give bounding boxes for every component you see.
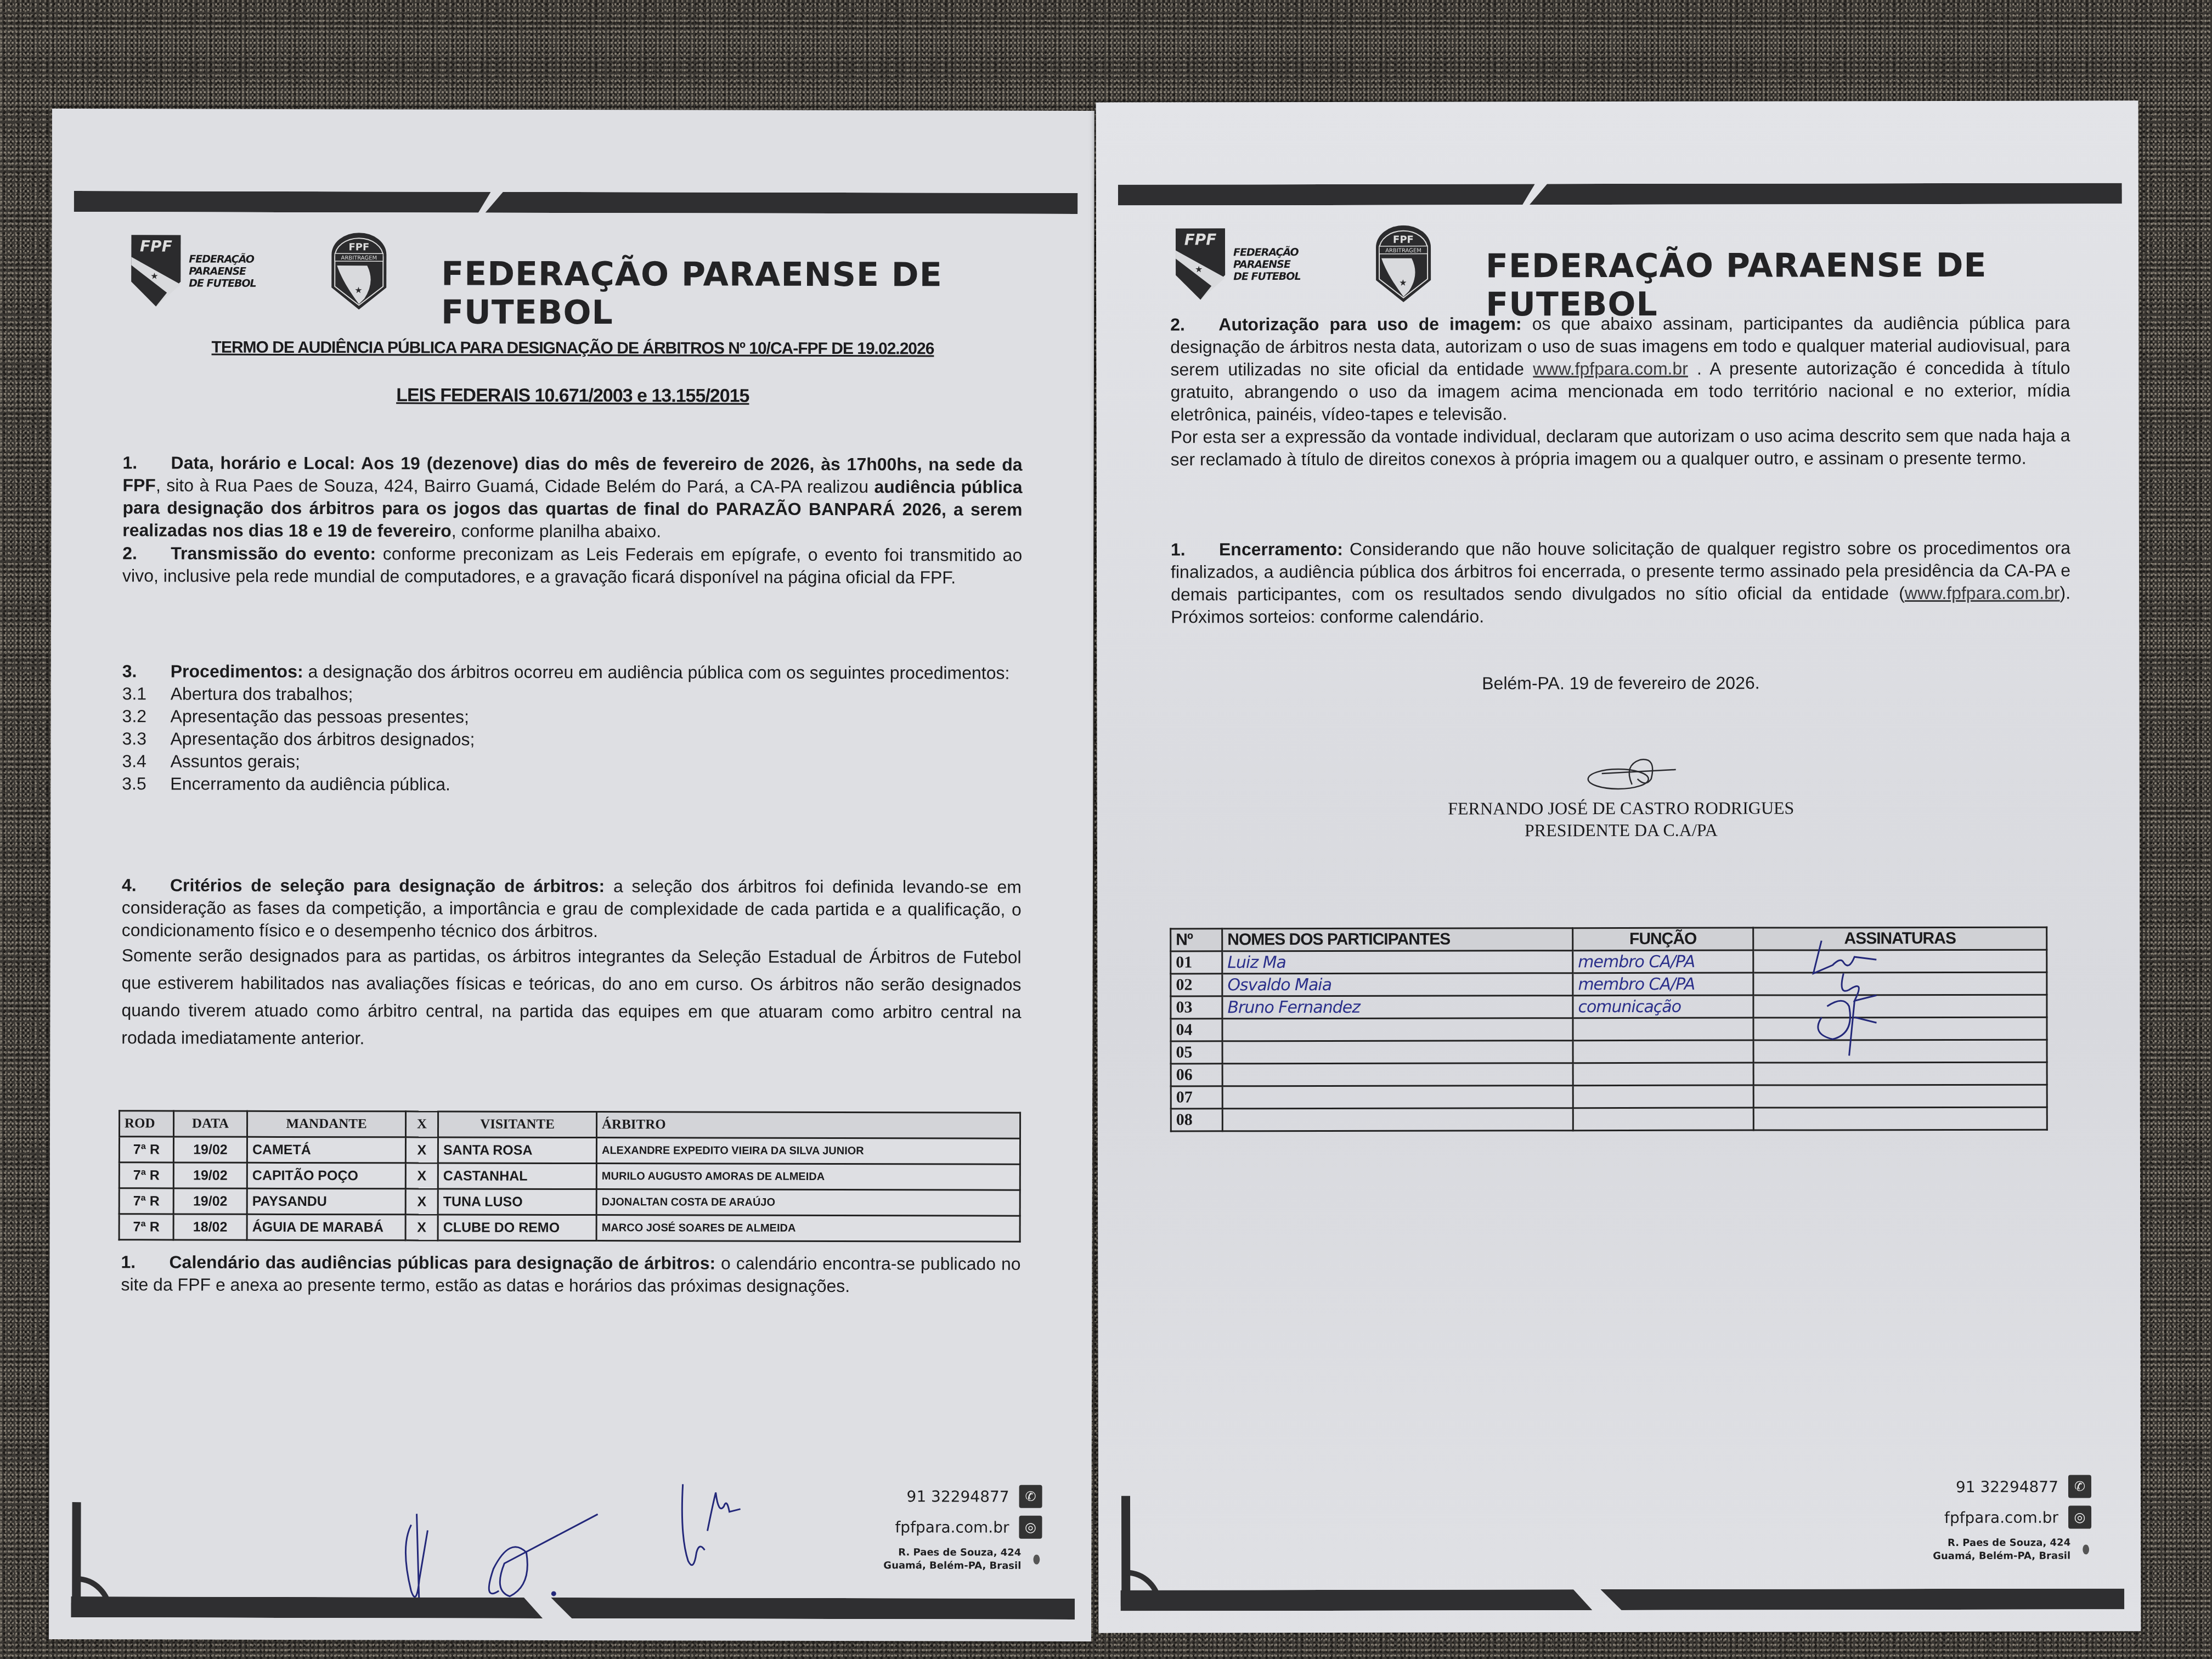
document-page-1: FPF ★ FEDERAÇÃO PARAENSE DE FUTEBOL FPF … bbox=[49, 109, 1094, 1641]
map-pin-icon: ⬮ bbox=[1031, 1552, 1042, 1567]
cell-funcao[interactable]: comunicação bbox=[1573, 995, 1753, 1018]
cell-rod: 7ª R bbox=[119, 1163, 173, 1188]
svg-text:★: ★ bbox=[1195, 265, 1203, 274]
fpf-logo-wordmark: FEDERAÇÃO PARAENSE DE FUTEBOL bbox=[1233, 246, 1301, 283]
cell-assinatura[interactable] bbox=[1753, 1085, 2047, 1108]
procedure-item: 3.3Apresentação dos árbitros designados; bbox=[122, 727, 1022, 752]
cell-visitante: SANTA ROSA bbox=[438, 1137, 596, 1164]
federation-name: FEDERAÇÃO PARAENSE DE FUTEBOL bbox=[441, 255, 1061, 332]
address: R. Paes de Souza, 424Guamá, Belém-PA, Br… bbox=[1933, 1537, 2070, 1563]
svg-text:★: ★ bbox=[354, 286, 362, 295]
procedure-item: 3.1Abertura dos trabalhos; bbox=[122, 682, 1022, 707]
procedure-item: 3.5Encerramento da audiência pública. bbox=[122, 772, 1022, 797]
cell-rod: 7ª R bbox=[119, 1137, 173, 1163]
cell-name[interactable] bbox=[1222, 1108, 1573, 1131]
signatory-block: FERNANDO JOSÉ DE CASTRO RODRIGUES PRESID… bbox=[1171, 797, 2071, 842]
cell-funcao[interactable]: membro CA/PA bbox=[1573, 950, 1753, 973]
cell-funcao[interactable] bbox=[1573, 1018, 1753, 1041]
cell-x: X bbox=[405, 1137, 438, 1163]
table-row: 7ª R19/02CAMETÁXSANTA ROSAALEXANDRE EXPE… bbox=[119, 1137, 1020, 1164]
cell-data: 19/02 bbox=[173, 1163, 247, 1188]
footer-bar bbox=[71, 1596, 1075, 1620]
fpf-logo-wordmark: FEDERAÇÃO PARAENSE DE FUTEBOL bbox=[189, 253, 256, 290]
document-title: TERMO DE AUDIÊNCIA PÚBLICA PARA DESIGNAÇ… bbox=[52, 338, 1094, 359]
section-closing: 1.Encerramento: Considerando que não hou… bbox=[1171, 537, 2070, 629]
cell-visitante: CLUBE DO REMO bbox=[438, 1215, 596, 1241]
cell-arbitro: ALEXANDRE EXPEDITO VIEIRA DA SILVA JUNIO… bbox=[596, 1138, 1020, 1165]
cell-arbitro: MURILO AUGUSTO AMORAS DE ALMEIDA bbox=[596, 1164, 1020, 1190]
svg-text:FPF: FPF bbox=[1393, 234, 1414, 246]
table-row: 7ª R18/02ÁGUIA DE MARABÁXCLUBE DO REMOMA… bbox=[119, 1214, 1020, 1242]
website-link[interactable]: www.fpfpara.com.br bbox=[1533, 359, 1688, 379]
fpf-arbitragem-badge-icon: FPF ARBITRAGEM ★ bbox=[1370, 225, 1436, 305]
svg-text:FPF: FPF bbox=[348, 241, 369, 253]
cell-no: 05 bbox=[1171, 1041, 1222, 1064]
cell-no: 07 bbox=[1171, 1086, 1222, 1109]
cell-name[interactable] bbox=[1222, 1041, 1573, 1064]
handwritten-signatures bbox=[389, 1481, 883, 1613]
participant-signatures bbox=[1799, 940, 1942, 1061]
svg-text:ARBITRAGEM: ARBITRAGEM bbox=[1385, 248, 1421, 254]
section-image-authorization: 2.Autorização para uso de imagem: os que… bbox=[1170, 312, 2070, 471]
cell-no: 04 bbox=[1171, 1019, 1222, 1041]
cell-arbitro: DJONALTAN COSTA DE ARAÚJO bbox=[596, 1189, 1020, 1216]
table-row: 08 bbox=[1171, 1107, 2047, 1131]
section-calendar: 1.Calendário das audiências públicas par… bbox=[121, 1251, 1020, 1297]
svg-text:ARBITRAGEM: ARBITRAGEM bbox=[341, 255, 377, 261]
referee-assignment-table: ROD DATA MANDANTE X VISITANTE ÁRBITRO 7ª… bbox=[119, 1110, 1021, 1242]
cell-name[interactable] bbox=[1222, 1086, 1573, 1109]
cell-rod: 7ª R bbox=[119, 1188, 173, 1214]
table-row: 7ª R19/02PAYSANDUXTUNA LUSODJONALTAN COS… bbox=[119, 1188, 1020, 1216]
cell-mandante: PAYSANDU bbox=[247, 1188, 405, 1215]
section-4-selection-criteria: 4.Critérios de seleção para designação d… bbox=[121, 874, 1022, 1053]
svg-text:★: ★ bbox=[150, 272, 158, 281]
procedure-item: 3.4Assuntos gerais; bbox=[122, 750, 1022, 774]
header-bar bbox=[1118, 183, 2122, 205]
cell-data: 18/02 bbox=[173, 1214, 247, 1240]
section-3-procedures: 3.Procedimentos: a designação dos árbitr… bbox=[122, 660, 1022, 797]
cell-assinatura[interactable] bbox=[1753, 1062, 2047, 1085]
cell-visitante: TUNA LUSO bbox=[438, 1189, 596, 1215]
president-signature bbox=[1580, 754, 1690, 793]
cell-rod: 7ª R bbox=[119, 1214, 173, 1240]
table-row: 7ª R19/02CAPITÃO POÇOXCASTANHALMURILO AU… bbox=[119, 1163, 1020, 1190]
document-subtitle: LEIS FEDERAIS 10.671/2003 e 13.155/2015 bbox=[52, 384, 1094, 408]
fpf-shield-logo-icon: FPF ★ bbox=[1173, 225, 1228, 302]
cell-no: 08 bbox=[1171, 1109, 1222, 1131]
cell-data: 19/02 bbox=[173, 1188, 247, 1214]
fpf-shield-logo-icon: FPF ★ bbox=[128, 232, 183, 309]
cell-visitante: CASTANHAL bbox=[438, 1163, 596, 1189]
svg-text:★: ★ bbox=[1399, 279, 1407, 288]
website-link[interactable]: fpfpara.com.br bbox=[895, 1518, 1009, 1536]
cell-name[interactable]: Bruno Fernandez bbox=[1222, 996, 1573, 1019]
phone-number: 91 32294877 bbox=[1956, 1477, 2058, 1496]
document-page-2: FPF ★ FEDERAÇÃO PARAENSE DE FUTEBOL FPF … bbox=[1096, 100, 2141, 1633]
footer-bar bbox=[1120, 1588, 2124, 1611]
section-1-date-location: 1.Data, horário e Local: Aos 19 (dezenov… bbox=[122, 452, 1022, 543]
footer-contact: 91 32294877✆ fpfpara.com.br◎ R. Paes de … bbox=[883, 1485, 1042, 1581]
map-pin-icon: ⬮ bbox=[2080, 1542, 2091, 1557]
footer-contact: 91 32294877✆ fpfpara.com.br◎ R. Paes de … bbox=[1933, 1475, 2091, 1571]
cell-no: 02 bbox=[1171, 974, 1222, 996]
section-2-transmission: 2.Transmissão do evento: conforme precon… bbox=[122, 542, 1022, 589]
cell-name[interactable] bbox=[1222, 1063, 1573, 1086]
signatory-role: PRESIDENTE DA C.A/PA bbox=[1171, 819, 2071, 842]
cell-name[interactable]: Luiz Ma bbox=[1222, 951, 1573, 974]
cell-mandante: CAMETÁ bbox=[247, 1137, 405, 1163]
cell-assinatura[interactable] bbox=[1753, 1107, 2047, 1130]
cell-arbitro: MARCO JOSÉ SOARES DE ALMEIDA bbox=[596, 1215, 1020, 1242]
place-and-date: Belém-PA. 19 de fevereiro de 2026. bbox=[1171, 672, 2070, 696]
cell-mandante: ÁGUIA DE MARABÁ bbox=[247, 1214, 405, 1240]
website-link[interactable]: www.fpfpara.com.br bbox=[1905, 583, 2060, 603]
cell-no: 06 bbox=[1171, 1064, 1222, 1086]
cell-x: X bbox=[405, 1215, 438, 1240]
cell-name[interactable] bbox=[1222, 1018, 1573, 1041]
svg-text:FPF: FPF bbox=[140, 237, 172, 255]
cell-funcao[interactable]: membro CA/PA bbox=[1573, 973, 1753, 996]
fpf-arbitragem-badge-icon: FPF ARBITRAGEM ★ bbox=[326, 233, 392, 312]
cell-x: X bbox=[405, 1163, 438, 1189]
cell-funcao[interactable] bbox=[1573, 1108, 1753, 1131]
globe-icon: ◎ bbox=[2068, 1505, 2091, 1528]
website-link[interactable]: fpfpara.com.br bbox=[1944, 1508, 2058, 1526]
signatory-name: FERNANDO JOSÉ DE CASTRO RODRIGUES bbox=[1171, 797, 2071, 820]
cell-data: 19/02 bbox=[173, 1137, 247, 1163]
table-header-row: ROD DATA MANDANTE X VISITANTE ÁRBITRO bbox=[119, 1111, 1020, 1138]
cell-funcao[interactable] bbox=[1573, 1085, 1753, 1108]
cell-x: X bbox=[405, 1189, 438, 1215]
cell-funcao[interactable] bbox=[1573, 1063, 1753, 1086]
table-row: 07 bbox=[1171, 1085, 2047, 1109]
procedure-item: 3.2Apresentação das pessoas presentes; bbox=[122, 705, 1022, 729]
globe-icon: ◎ bbox=[1019, 1516, 1042, 1539]
cell-no: 01 bbox=[1171, 951, 1222, 974]
address: R. Paes de Souza, 424Guamá, Belém-PA, Br… bbox=[883, 1546, 1021, 1573]
letterhead: FPF ★ FEDERAÇÃO PARAENSE DE FUTEBOL FPF … bbox=[1173, 224, 2106, 308]
svg-text:FPF: FPF bbox=[1184, 230, 1217, 249]
cell-funcao[interactable] bbox=[1573, 1040, 1753, 1063]
phone-number: 91 32294877 bbox=[907, 1487, 1009, 1505]
phone-icon: ✆ bbox=[2068, 1475, 2091, 1498]
table-row: 06 bbox=[1171, 1062, 2047, 1086]
cell-no: 03 bbox=[1171, 996, 1222, 1019]
phone-icon: ✆ bbox=[1019, 1485, 1042, 1508]
cell-name[interactable]: Osvaldo Maia bbox=[1222, 973, 1573, 996]
letterhead: FPF ★ FEDERAÇÃO PARAENSE DE FUTEBOL FPF … bbox=[128, 232, 1061, 317]
header-bar bbox=[74, 191, 1078, 214]
cell-mandante: CAPITÃO POÇO bbox=[247, 1163, 405, 1189]
